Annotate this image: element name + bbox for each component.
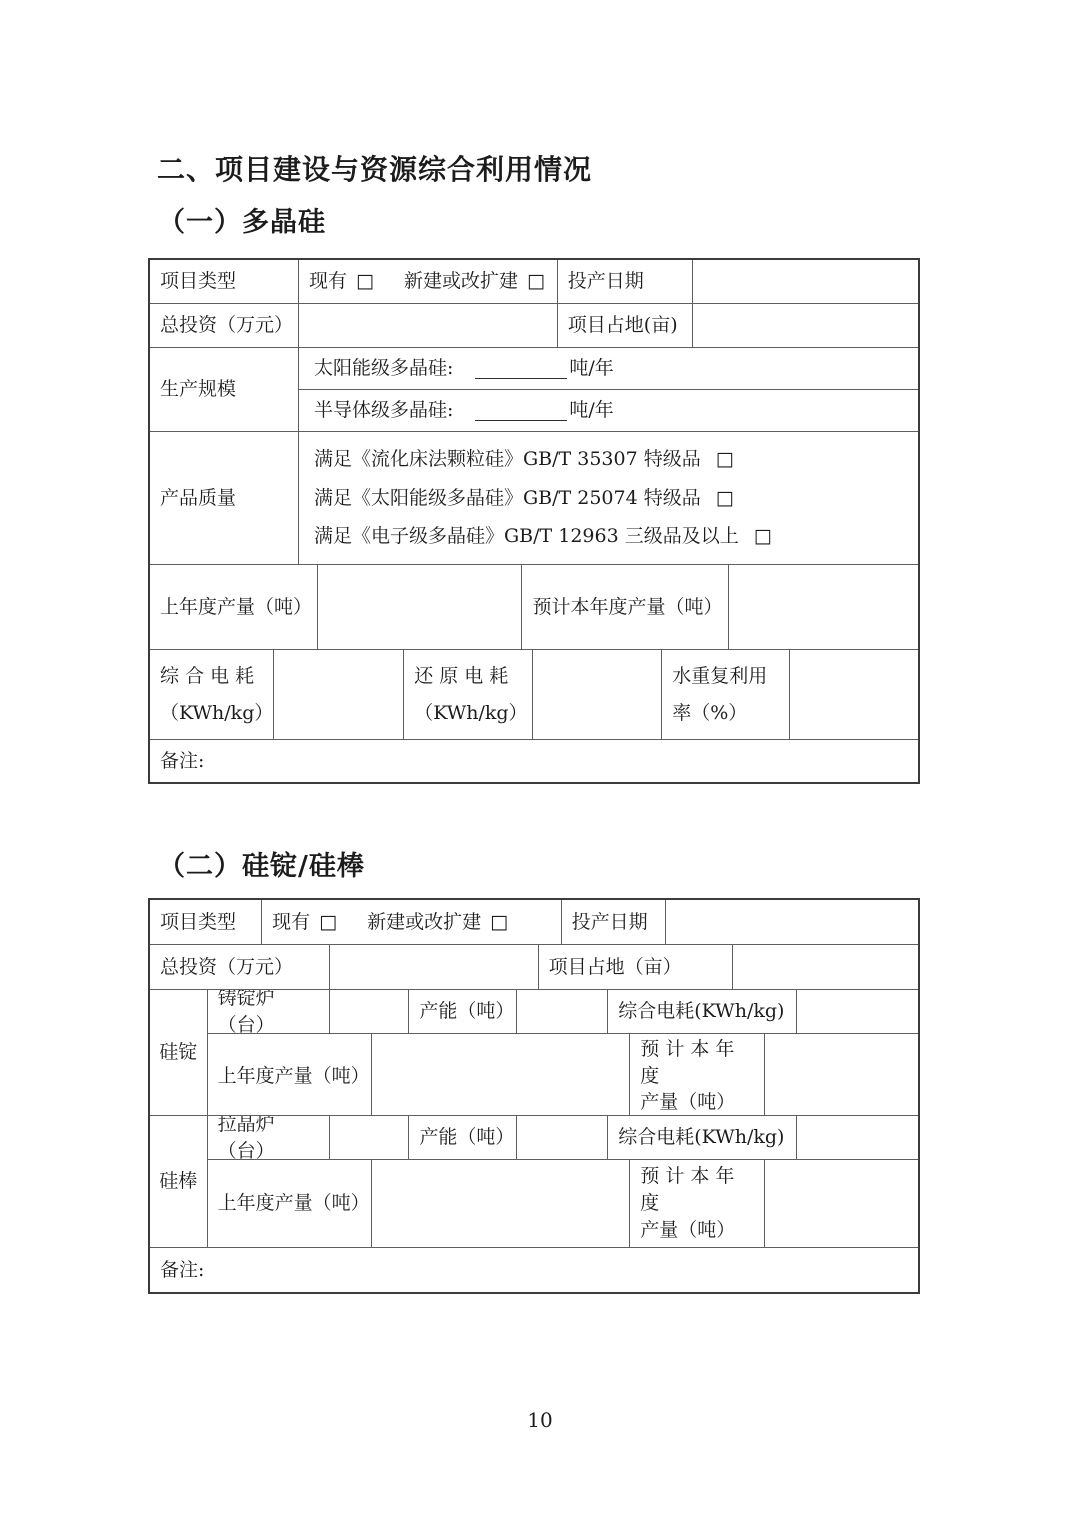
quality-item-text: 满足《电子级多晶硅》GB/T 12963 三级品及以上 — [314, 525, 739, 547]
commission-date-value-cell — [666, 900, 918, 944]
quality-item: 满足《电子级多晶硅》GB/T 12963 三级品及以上 □ — [314, 523, 772, 550]
remark-label: 备注: — [160, 1257, 204, 1284]
comprehensive-power-value-cell — [274, 650, 405, 739]
option-new-label: 新建或改扩建 — [404, 268, 518, 295]
water-reuse-line1: 水重复利用 — [672, 663, 767, 690]
checkbox-existing-icon: □ — [356, 268, 374, 295]
expected-output-line2: 产量（吨） — [640, 1089, 735, 1115]
expected-output-value-cell — [729, 565, 918, 649]
reduction-power-label-cell: 还 原 电 耗 （KWh/kg） — [404, 650, 533, 739]
land-label-cell: 项目占地（亩） — [539, 945, 733, 989]
table-row: 项目类型 现有 □ 新建或改扩建 □ 投产日期 — [150, 260, 918, 304]
scale-semi-unit: 吨/年 — [569, 397, 613, 424]
ingot-label-cell: 硅锭 — [150, 990, 208, 1115]
power-label: 综合电耗(KWh/kg) — [618, 1124, 784, 1151]
furnace-value-cell — [330, 990, 410, 1033]
expected-output-label-cell: 预 计 本 年 度 产量（吨） — [630, 1034, 765, 1115]
polysilicon-table: 项目类型 现有 □ 新建或改扩建 □ 投产日期 总投资（万元） 项目占地(亩) … — [148, 258, 920, 784]
reduction-power-line1: 还 原 电 耗 — [414, 663, 508, 690]
ingot-label: 硅锭 — [159, 1039, 197, 1066]
page-number: 10 — [0, 1408, 1080, 1432]
remark-cell: 备注: — [150, 740, 918, 782]
table-row: 项目类型 现有 □ 新建或改扩建 □ 投产日期 — [150, 900, 918, 945]
checkbox-quality-1-icon: □ — [716, 448, 734, 470]
checkbox-existing-icon: □ — [319, 909, 337, 936]
quality-item-text: 满足《流化床法颗粒硅》GB/T 35307 特级品 — [314, 448, 701, 470]
rod-furnace-row: 拉晶炉（台） 产能（吨） 综合电耗(KWh/kg) — [208, 1116, 918, 1160]
land-label: 项目占地（亩） — [549, 954, 682, 981]
rod-output-row: 上年度产量（吨） 预 计 本 年 度 产量（吨） — [208, 1160, 918, 1247]
scale-solar-label: 太阳能级多晶硅: — [314, 355, 453, 382]
furnace-value-cell — [330, 1116, 410, 1159]
investment-label-cell: 总投资（万元） — [150, 304, 299, 347]
commission-date-label: 投产日期 — [572, 909, 648, 936]
ingot-detail-cell: 铸锭炉（台） 产能（吨） 综合电耗(KWh/kg) 上年度产量（吨） 预 计 — [208, 990, 918, 1115]
last-year-output-label-cell: 上年度产量（吨） — [208, 1034, 373, 1115]
quality-label-cell: 产品质量 — [150, 432, 299, 564]
table-row: 备注: — [150, 1248, 918, 1292]
project-type-options-cell: 现有 □ 新建或改扩建 □ — [262, 900, 562, 944]
table-row: 上年度产量（吨） 预计本年度产量（吨） — [150, 565, 918, 650]
land-value-cell — [693, 304, 918, 347]
capacity-label: 产能（吨） — [419, 998, 505, 1025]
last-year-output-label: 上年度产量（吨） — [218, 1063, 362, 1090]
last-year-output-value-cell — [372, 1034, 630, 1115]
scale-label: 生产规模 — [160, 376, 236, 403]
last-year-output-value-cell — [318, 565, 522, 649]
ingot-rod-table: 项目类型 现有 □ 新建或改扩建 □ 投产日期 总投资（万元） 项目占地（亩） … — [148, 898, 920, 1294]
furnace-label: 铸锭炉（台） — [218, 990, 319, 1033]
commission-date-label-cell: 投产日期 — [562, 900, 666, 944]
rod-label-cell: 硅棒 — [150, 1116, 208, 1247]
ingot-output-row: 上年度产量（吨） 预 计 本 年 度 产量（吨） — [208, 1034, 918, 1115]
last-year-output-label: 上年度产量（吨） — [218, 1190, 362, 1217]
subsection-title-ingot-rod: （二）硅锭/硅棒 — [158, 850, 365, 884]
option-existing-label: 现有 — [309, 268, 347, 295]
ingot-section-row: 硅锭 铸锭炉（台） 产能（吨） 综合电耗(KWh/kg) 上年度产量（吨） — [150, 990, 918, 1116]
quality-items-cell: 满足《流化床法颗粒硅》GB/T 35307 特级品 □ 满足《太阳能级多晶硅》G… — [299, 432, 918, 564]
water-reuse-line2: 率（%） — [672, 700, 747, 727]
expected-output-label-cell: 预计本年度产量（吨） — [522, 565, 729, 649]
expected-output-label: 预计本年度产量（吨） — [532, 594, 718, 621]
comprehensive-power-line1: 综 合 电 耗 — [160, 663, 254, 690]
scale-entries-cell: 太阳能级多晶硅: 吨/年 半导体级多晶硅: 吨/年 — [299, 348, 918, 431]
investment-label-cell: 总投资（万元） — [150, 945, 330, 989]
scale-row-solar: 太阳能级多晶硅: 吨/年 — [299, 348, 918, 390]
power-label-cell: 综合电耗(KWh/kg) — [608, 1116, 797, 1159]
capacity-value-cell — [517, 1116, 609, 1159]
remark-cell: 备注: — [150, 1248, 918, 1292]
checkbox-new-icon: □ — [527, 268, 545, 295]
table-row: 总投资（万元） 项目占地（亩） — [150, 945, 918, 990]
comprehensive-power-label-cell: 综 合 电 耗 （KWh/kg） — [150, 650, 274, 739]
project-type-label: 项目类型 — [160, 268, 236, 295]
commission-date-label-cell: 投产日期 — [558, 260, 693, 303]
table-row: 总投资（万元） 项目占地(亩) — [150, 304, 918, 348]
section-heading: 二、项目建设与资源综合利用情况 — [157, 152, 592, 188]
project-type-label-cell: 项目类型 — [150, 260, 299, 303]
option-new-label: 新建或改扩建 — [367, 909, 481, 936]
blank-line — [475, 358, 567, 379]
land-value-cell — [733, 945, 918, 989]
expected-output-value-cell — [765, 1034, 918, 1115]
rod-section-row: 硅棒 拉晶炉（台） 产能（吨） 综合电耗(KWh/kg) 上年度产量（吨） — [150, 1116, 918, 1248]
quality-item: 满足《流化床法颗粒硅》GB/T 35307 特级品 □ — [314, 446, 734, 473]
table-row: 综 合 电 耗 （KWh/kg） 还 原 电 耗 （KWh/kg） 水重复利用 … — [150, 650, 918, 740]
project-type-options-cell: 现有 □ 新建或改扩建 □ — [299, 260, 558, 303]
blank-line — [475, 400, 567, 421]
furnace-label-cell: 铸锭炉（台） — [208, 990, 330, 1033]
quality-item: 满足《太阳能级多晶硅》GB/T 25074 特级品 □ — [314, 485, 734, 512]
commission-date-value-cell — [693, 260, 918, 303]
quality-label: 产品质量 — [160, 485, 236, 512]
remark-label: 备注: — [160, 748, 204, 775]
capacity-label-cell: 产能（吨） — [409, 990, 516, 1033]
water-reuse-value-cell — [790, 650, 918, 739]
land-label: 项目占地(亩) — [568, 312, 678, 339]
checkbox-new-icon: □ — [490, 909, 508, 936]
ingot-furnace-row: 铸锭炉（台） 产能（吨） 综合电耗(KWh/kg) — [208, 990, 918, 1034]
last-year-output-label-cell: 上年度产量（吨） — [150, 565, 318, 649]
expected-output-value-cell — [765, 1160, 918, 1247]
checkbox-quality-3-icon: □ — [754, 525, 772, 547]
reduction-power-value-cell — [533, 650, 662, 739]
expected-output-line2: 产量（吨） — [640, 1217, 735, 1244]
scale-solar-unit: 吨/年 — [569, 355, 613, 382]
reduction-power-line2: （KWh/kg） — [414, 700, 527, 727]
expected-output-line1: 预 计 本 年 度 — [640, 1036, 754, 1089]
investment-value-cell — [299, 304, 558, 347]
power-label-cell: 综合电耗(KWh/kg) — [608, 990, 797, 1033]
capacity-value-cell — [517, 990, 609, 1033]
project-type-label-cell: 项目类型 — [150, 900, 262, 944]
expected-output-line1: 预 计 本 年 度 — [640, 1163, 754, 1216]
expected-output-label-cell: 预 计 本 年 度 产量（吨） — [630, 1160, 765, 1247]
scale-row-semiconductor: 半导体级多晶硅: 吨/年 — [299, 390, 918, 431]
furnace-label: 拉晶炉（台） — [218, 1116, 319, 1159]
investment-label: 总投资（万元） — [160, 312, 288, 339]
capacity-label: 产能（吨） — [419, 1124, 505, 1151]
power-value-cell — [797, 1116, 918, 1159]
last-year-output-value-cell — [372, 1160, 630, 1247]
water-reuse-label-cell: 水重复利用 率（%） — [662, 650, 790, 739]
scale-label-cell: 生产规模 — [150, 348, 299, 431]
land-label-cell: 项目占地(亩) — [558, 304, 693, 347]
project-type-label: 项目类型 — [160, 909, 236, 936]
last-year-output-label: 上年度产量（吨） — [160, 594, 307, 621]
scale-semi-label: 半导体级多晶硅: — [314, 397, 453, 424]
capacity-label-cell: 产能（吨） — [409, 1116, 516, 1159]
commission-date-label: 投产日期 — [568, 268, 644, 295]
checkbox-quality-2-icon: □ — [716, 487, 734, 509]
table-row: 备注: — [150, 740, 918, 782]
last-year-output-label-cell: 上年度产量（吨） — [208, 1160, 373, 1247]
table-row: 产品质量 满足《流化床法颗粒硅》GB/T 35307 特级品 □ 满足《太阳能级… — [150, 432, 918, 565]
table-row: 生产规模 太阳能级多晶硅: 吨/年 半导体级多晶硅: 吨/年 — [150, 348, 918, 432]
rod-label: 硅棒 — [159, 1168, 197, 1195]
subsection-title-polysilicon: （一）多晶硅 — [158, 206, 326, 240]
power-value-cell — [797, 990, 918, 1033]
power-label: 综合电耗(KWh/kg) — [618, 998, 784, 1025]
quality-item-text: 满足《太阳能级多晶硅》GB/T 25074 特级品 — [314, 487, 701, 509]
comprehensive-power-line2: （KWh/kg） — [160, 700, 273, 727]
rod-detail-cell: 拉晶炉（台） 产能（吨） 综合电耗(KWh/kg) 上年度产量（吨） 预 计 — [208, 1116, 918, 1247]
investment-label: 总投资（万元） — [160, 954, 293, 981]
furnace-label-cell: 拉晶炉（台） — [208, 1116, 330, 1159]
investment-value-cell — [330, 945, 539, 989]
option-existing-label: 现有 — [272, 909, 310, 936]
